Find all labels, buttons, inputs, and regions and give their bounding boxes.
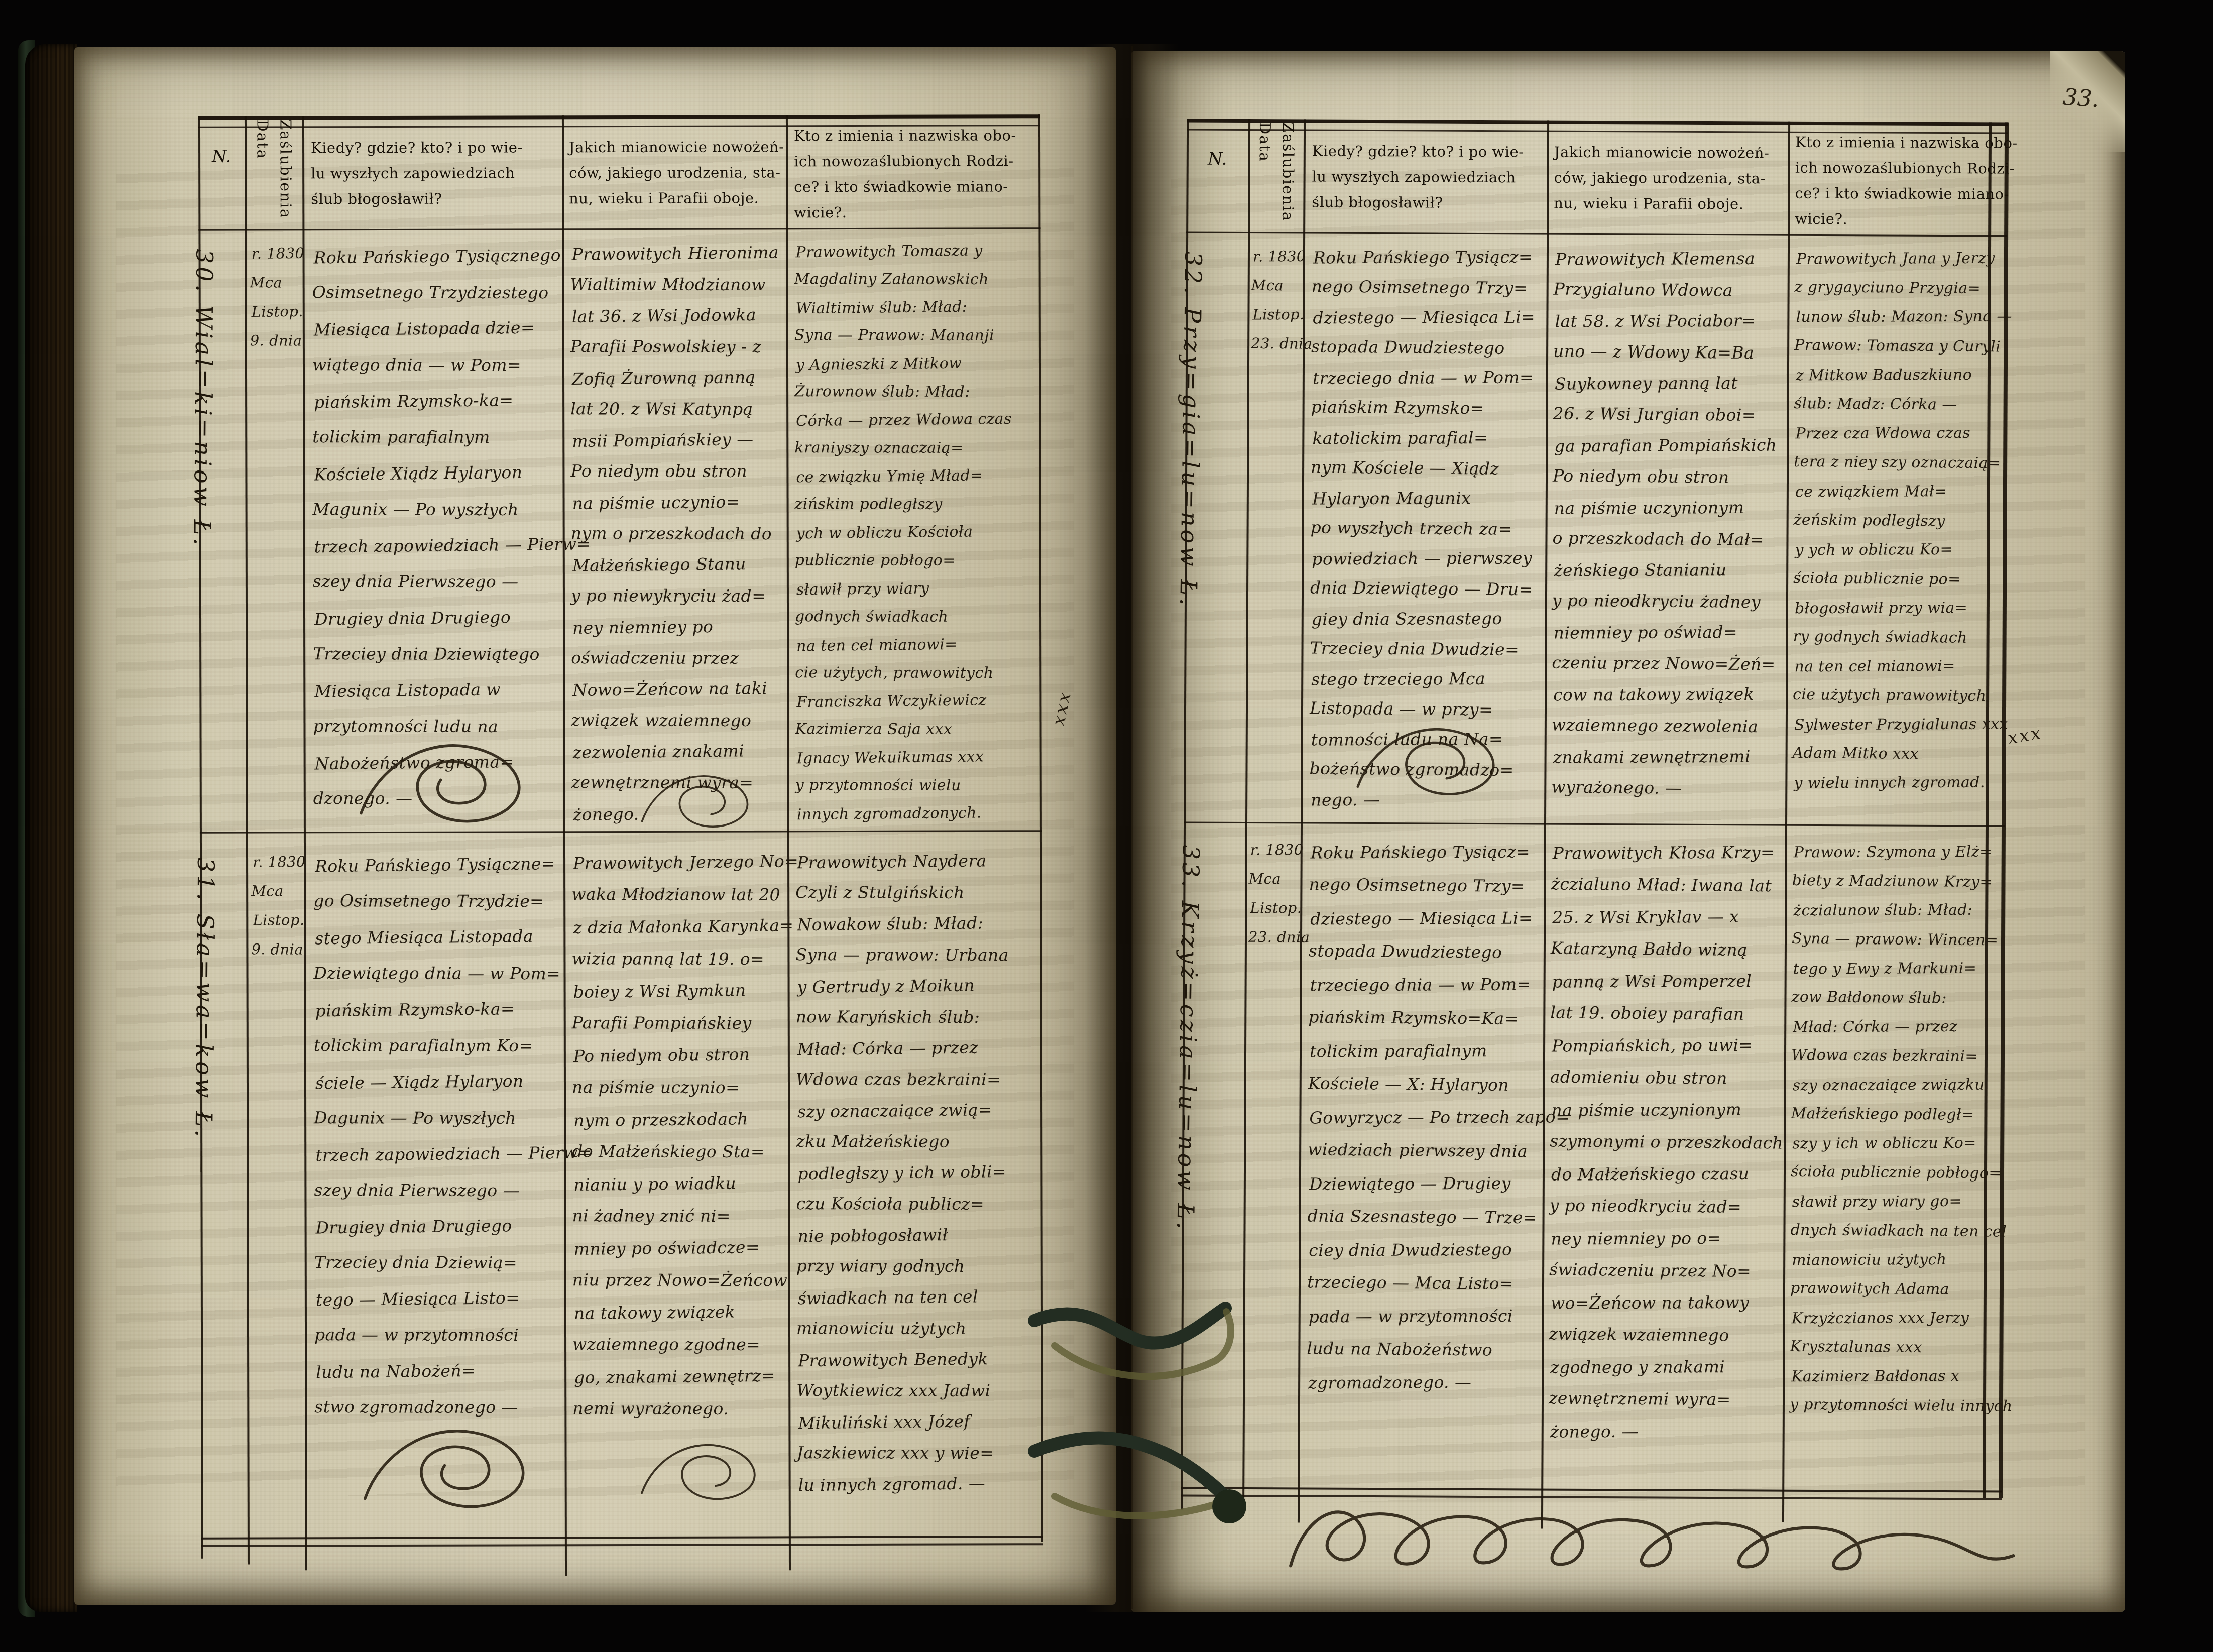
column-header-date: Data Zaślubienia (1248, 122, 1304, 229)
entry-date: r. 1830McaListop.9. dnia (251, 847, 304, 998)
page-number: 33. (2062, 83, 2101, 113)
entry-parents-witnesses-text: Prawowitych Jana y Jerzyz grygayciuno Pr… (1792, 244, 1986, 822)
gutter-crease (1131, 46, 1133, 1609)
column-header-parents-witnesses: Kto z imienia i nazwiska obo-ich nowozaś… (794, 123, 1040, 226)
register-table-left: N. Data Zaślubienia Kiedy? gdzie? kto? i… (198, 114, 1043, 1583)
entry-date: r. 1830McaListop.23. dnia (1251, 242, 1303, 392)
header-bottom-rule (198, 227, 1040, 231)
entry-who-text: Prawowitych Kłosa Krzy=żczialuno Mład: I… (1548, 837, 1782, 1475)
entry-date: r. 1830McaListop.9. dnia (250, 239, 303, 389)
entry-when-text: Roku Pańskiego Tysiącz=nego Osimsetnego … (1306, 836, 1542, 1474)
entry-who-text: Prawowitych HieronimaWialtimiw Młodziano… (570, 238, 785, 828)
entry-number-label: 32. Przy=gia=lu=now Ł. (1182, 238, 1247, 818)
entry-when-text: Roku Pańskiego TysiącznegoOsimsetnego Tr… (312, 238, 561, 829)
column-header-date: Data Zaślubienia (245, 119, 302, 226)
row-separator (1184, 821, 2005, 827)
entry-parents-witnesses-text: Prawowitych NayderaCzyli z StulgińskichN… (795, 846, 1041, 1519)
column-header-when: Kiedy? gdzie? kto? i po wie-lu wyszłych … (311, 135, 562, 225)
entry-when-text: Roku Pańskiego Tysiączne=go Osimsetnego … (313, 847, 563, 1520)
entry-number-label: 31. Sła=wa=kow Ł. — (197, 845, 248, 1532)
entry-parents-witnesses-text: Prawowitych Tomasza yMagdaliny Załanowsk… (794, 237, 1039, 828)
entry-who-text: Prawowitych Jerzego No=waka Młodzianow l… (571, 846, 787, 1519)
column-header-who: Jakich mianowicie nowożeń-ców, jakiego u… (1554, 140, 1786, 231)
table-bottom-border (1181, 1487, 2002, 1500)
column-header-when: Kiedy? gdzie? kto? i po wie-lu wyszłych … (1312, 139, 1546, 230)
register-book: N. Data Zaślubienia Kiedy? gdzie? kto? i… (0, 0, 2213, 1652)
column-header-n: N. (198, 116, 245, 229)
entry-parents-witnesses-text: Prawow: Szymona y Elż=biety z Madziunow … (1789, 838, 1983, 1476)
table-bottom-border (201, 1536, 1043, 1547)
column-header-n: N. (1186, 119, 1248, 232)
register-table-right: N. Data Zaślubienia Kiedy? gdzie? kto? i… (1181, 119, 2008, 1533)
column-header-parents-witnesses: Kto z imienia i nazwiska obo-ich nowozaś… (1795, 130, 1989, 233)
entry-who-text: Prawowitych KlemensaPrzygialuno Wdowcala… (1551, 243, 1785, 821)
entry-when-text: Roku Pańskiego Tysiącz=nego Osimsetnego … (1309, 242, 1545, 820)
column-header-who: Jakich mianowicie nowożeń-ców, jakiego u… (569, 134, 786, 225)
entry-number-label: 30. Wial=ki=niow Ł. (195, 236, 246, 829)
page-stack-edge (25, 44, 77, 1612)
row-separator (200, 830, 1042, 834)
entry-date: r. 1830McaListop.23. dnia (1248, 835, 1300, 986)
entry-number-label: 33. Krzyż=czia=lu=now Ł. (1179, 832, 1244, 1480)
